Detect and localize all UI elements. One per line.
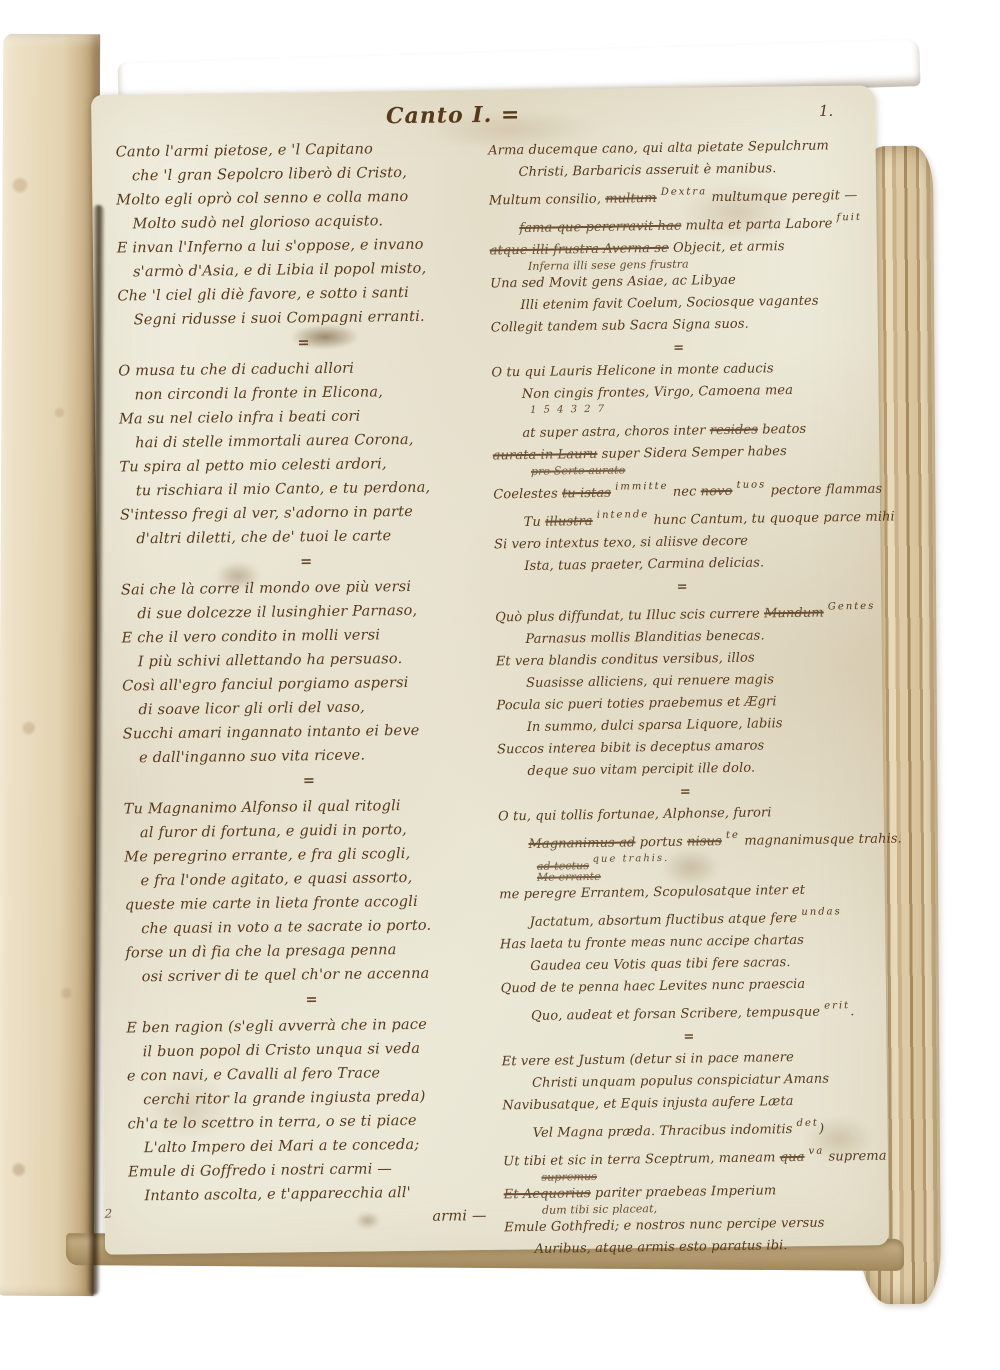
struck-text: nisus xyxy=(687,834,722,850)
text-run: suprema xyxy=(824,1149,887,1165)
text-run: pectore flammas xyxy=(766,482,882,499)
text-run: e dall'inganno suo vita riceve. xyxy=(139,748,365,767)
text-line: Ista, tuas praeter, Carmina delicias. xyxy=(524,551,870,578)
interlinear-insertion: Gentes xyxy=(828,601,876,613)
text-run: O musa tu che di caduchi allori xyxy=(118,361,354,380)
text-run: Tu Magnanimo Alfonso il qual ritogli xyxy=(124,798,401,817)
struck-text: aurata in Lauru xyxy=(493,447,598,464)
manuscript-page: Canto I. = 1. Canto l'armi pietose, e 'l… xyxy=(91,85,889,1254)
text-run: Intanto ascolta, e t'apparecchia all' xyxy=(144,1185,411,1204)
interlinear-insertion: Dextra xyxy=(661,186,708,198)
text-run: Has laeta tu fronte meas nunc accipe cha… xyxy=(500,933,804,953)
struck-text: Et Aequorius xyxy=(504,1186,591,1202)
text-run: che quasi in voto a te sacrate io porto. xyxy=(141,918,431,938)
text-run: Auribus, atque armis esto paratus ibi. xyxy=(534,1238,787,1257)
text-run: me peregre Errantem, Scopulosatque inter… xyxy=(499,883,805,903)
stanza-divider: = xyxy=(126,989,498,1011)
text-line: deque suo vitam percipit ille dolo. xyxy=(527,756,873,783)
text-run: Emule Gothfredi; e nostros nunc percipe … xyxy=(504,1216,825,1236)
text-run: forse un dì fia che la presaga penna xyxy=(125,942,396,961)
text-run: Navibusatque, et Equis injusta aufere Læ… xyxy=(502,1094,793,1113)
struck-text: pro Serto aurato xyxy=(531,463,626,477)
text-line: e dall'inganno suo vita riceve. xyxy=(139,742,495,770)
text-run: Molto egli oprò col senno e colla mano xyxy=(116,189,408,209)
text-run: Parnasus mollis Blanditias benecas. xyxy=(525,628,764,647)
text-run: cerchi ritor la grande ingiusta preda) xyxy=(143,1089,425,1108)
stanza: O musa tu che di caduchi allorinon circo… xyxy=(118,355,492,552)
text-run: nec xyxy=(668,484,700,499)
interlinear-insertion: intende xyxy=(597,509,650,521)
text-run: Ma su nel cielo infra i beati cori xyxy=(119,409,361,428)
text-run: hai di stelle immortali aurea Corona, xyxy=(135,432,414,451)
text-run: E ben ragion (s'egli avverrà che in pace xyxy=(126,1017,427,1037)
text-line: Quò plus diffundat, tu Illuc scis currer… xyxy=(495,596,871,630)
text-line: armi — xyxy=(129,1204,487,1232)
stanza-divider: = xyxy=(123,770,495,792)
text-run: Objecit, et armis xyxy=(669,239,785,256)
struck-text: resides xyxy=(710,423,758,439)
text-run: di soave licor gli orli del vaso, xyxy=(138,700,365,719)
stanza-divider: = xyxy=(501,1027,877,1048)
text-run: Arma ducemque cano, qui alta pietate Sep… xyxy=(488,138,829,158)
text-run: Così all'egro fanciul porgiamo aspersi xyxy=(122,675,409,694)
text-run: Coelestes xyxy=(493,486,562,502)
text-run: ) xyxy=(819,1122,824,1137)
text-run: Vel Magna præda. Thracibus indomitis xyxy=(533,1122,797,1141)
text-run: che 'l gran Sepolcro liberò di Cristo, xyxy=(132,165,407,184)
text-run: di sue dolcezze il lusinghier Parnaso, xyxy=(137,603,417,622)
left-flyleaf xyxy=(0,34,100,1296)
text-run: . xyxy=(850,1004,854,1019)
text-line: Collegit tandem sub Sacra Signa suos. xyxy=(491,312,867,340)
text-run: Suasisse alliciens, qui renuere magis xyxy=(526,672,774,691)
text-run: dum tibi sic placeat, xyxy=(542,1202,657,1217)
text-run: S'intesso fregi al ver, s'adorno in part… xyxy=(120,504,413,524)
text-run: Tu xyxy=(524,515,546,530)
text-run: Pocula sic pueri toties praebemus et Ægr… xyxy=(496,694,776,713)
text-run: al furor di fortuna, e guidi in porto, xyxy=(140,822,407,841)
latin-column: Arma ducemque cano, qui alta pietate Sep… xyxy=(488,135,881,1265)
text-run: I più schivi allettando ha persuaso. xyxy=(138,651,403,670)
text-run: Christi unquam populus conspiciatur Aman… xyxy=(532,1072,829,1091)
interlinear-insertion: que trahis. xyxy=(593,853,670,865)
stanza: Canto l'armi pietose, e 'l Capitanoche '… xyxy=(116,136,490,333)
text-line: Auribus, atque armis esto paratus ibi. xyxy=(534,1234,880,1261)
text-run: Ut tibi et sic in terra Sceptrum, maneam xyxy=(503,1150,780,1169)
struck-text: Mundum xyxy=(764,606,824,622)
book-photograph: Canto I. = 1. Canto l'armi pietose, e 'l… xyxy=(0,0,1000,1370)
text-run: Tu spira al petto mio celesti ardori, xyxy=(119,456,386,475)
text-run: ch'a te lo scettro in terra, o se ti pia… xyxy=(127,1113,416,1133)
interlinear-insertion: tuos xyxy=(737,479,767,490)
text-run: Sai che là corre il mondo ove più versi xyxy=(121,579,411,599)
interlinear-insertion: te xyxy=(726,830,740,841)
text-line: osi scriver di te quel ch'or ne accenna xyxy=(142,961,498,989)
stanza: Tu Magnanimo Alfonso il qual ritoglial f… xyxy=(124,793,498,990)
text-run: e con navi, e Cavalli al fero Trace xyxy=(127,1065,381,1084)
text-run: O tu qui Lauris Helicone in monte caduci… xyxy=(491,361,773,380)
struck-text: qua xyxy=(780,1150,805,1165)
text-run: Multum consilio, xyxy=(489,192,606,209)
stanza: O tu qui Lauris Helicone in monte caduci… xyxy=(491,357,870,579)
text-run: Me peregrino errante, e fra gli scogli, xyxy=(124,846,410,865)
text-run: beatos xyxy=(758,422,807,438)
struck-text: supremus xyxy=(541,1170,597,1184)
text-line: Tu illustra intende hunc Cantum, tu quoq… xyxy=(523,501,869,534)
text-run: Gaudea ceu Votis quas tibi fere sacras. xyxy=(530,955,790,974)
text-run: Molto sudò nel glorioso acquisto. xyxy=(132,213,383,232)
text-run: Quò plus diffundat, tu Illuc scis currer… xyxy=(495,606,764,625)
text-run: queste mie carte in lieta fronte accogli xyxy=(125,894,418,914)
interlinear-insertion: 1 5 4 3 2 7 xyxy=(530,404,606,416)
text-run: Succos interea bibit is deceptus amaros xyxy=(497,738,764,757)
text-run: Una sed Movit gens Asiae, ac Libyae xyxy=(490,273,736,292)
text-run: Quod de te penna haec Levites nunc praes… xyxy=(501,977,806,997)
stanza: O tu, qui tollis fortunae, Alphonse, fur… xyxy=(498,801,877,1029)
text-run: deque suo vitam percipit ille dolo. xyxy=(527,761,755,779)
text-run: In summo, dulci sparsa Liquore, labiis xyxy=(527,716,783,735)
text-run: E che il vero condito in molli versi xyxy=(121,627,380,646)
interlinear-insertion: va xyxy=(809,1146,825,1157)
page-number: 1. xyxy=(819,102,834,120)
interlinear-insertion: erit xyxy=(824,1000,850,1011)
text-run: Segni ridusse i suoi Compagni erranti. xyxy=(134,309,425,329)
text-run: Ista, tuas praeter, Carmina delicias. xyxy=(524,555,764,574)
struck-text: Magnanimus ad xyxy=(528,835,635,852)
text-line: Jactatum, absortum fluctibus atque fere … xyxy=(529,901,875,934)
text-run: Si vero intextus texo, si aliisve decore xyxy=(494,534,748,553)
text-run: d'altri diletti, che de' tuoi le carte xyxy=(136,528,391,547)
text-run: pariter praebeas Imperium xyxy=(591,1183,777,1201)
signature-mark: 2 xyxy=(105,1207,113,1221)
text-run: multumque peregit — xyxy=(707,188,857,205)
text-run: Et vere est Justum (detur si in pace man… xyxy=(502,1050,794,1069)
stanza: Quò plus diffundat, tu Illuc scis currer… xyxy=(495,596,874,784)
text-run: Succhi amari ingannato intanto ei beve xyxy=(123,723,420,743)
text-line: Segni ridusse i suoi Compagni erranti. xyxy=(134,304,490,332)
text-run: tu rischiara il mio Canto, e tu perdona, xyxy=(136,480,431,500)
text-run: osi scriver di te quel ch'or ne accenna xyxy=(142,966,430,986)
struck-text: tu istas xyxy=(562,486,611,502)
stanza: Et vere est Justum (detur si in pace man… xyxy=(502,1046,881,1262)
stanza-divider: = xyxy=(495,577,871,598)
interlinear-insertion: fuit xyxy=(837,212,863,223)
canto-title: Canto I. = xyxy=(91,98,815,133)
struck-text: novo xyxy=(701,484,733,499)
interlinear-insertion: det xyxy=(797,1118,820,1129)
struck-text: multum xyxy=(605,191,657,207)
text-run: e fra l'onde agitato, e quasi assorto, xyxy=(140,870,412,889)
italian-column: Canto l'armi pietose, e 'l Capitanoche '… xyxy=(116,136,501,1236)
text-run: Emule di Goffredo i nostri carmi — xyxy=(128,1161,392,1180)
text-run: portus xyxy=(635,835,687,851)
text-run: E invan l'Inferno a lui s'oppose, e inva… xyxy=(117,237,424,257)
struck-text: illustra xyxy=(545,514,593,530)
text-run: Et vera blandis conditus versibus, illos xyxy=(496,651,755,670)
stanza-divider: = xyxy=(498,782,874,803)
text-run: hunc Cantum, tu quoque parce mihi xyxy=(649,509,895,528)
text-run: Collegit tandem sub Sacra Signa suos. xyxy=(491,317,749,336)
stanza: Arma ducemque cano, qui alta pietate Sep… xyxy=(488,135,867,340)
text-run: Canto l'armi pietose, e 'l Capitano xyxy=(116,141,374,160)
text-run: Jactatum, absortum fluctibus atque fere xyxy=(530,911,802,930)
struck-text: atque illi frustra Averna se xyxy=(490,241,669,259)
text-run: Inferna illi sese gens frustra xyxy=(528,258,689,273)
text-run: non circondi la fronte in Elicona, xyxy=(135,384,384,403)
text-line: d'altri diletti, che de' tuoi le carte xyxy=(136,523,492,551)
text-line: Quo, audeat et forsan Scribere, tempusqu… xyxy=(531,995,877,1028)
stanza-divider: = xyxy=(121,551,493,573)
text-run: s'armò d'Asia, e di Libia il popol misto… xyxy=(133,261,426,281)
stanza: E ben ragion (s'egli avverrà che in pace… xyxy=(126,1012,501,1233)
text-run: super Sidera Semper habes xyxy=(597,444,787,462)
interlinear-insertion: undas xyxy=(801,906,842,918)
stanza-divider: = xyxy=(118,332,490,354)
text-run: magnanimusque trahis. xyxy=(740,831,902,848)
text-run: at super astra, choros inter xyxy=(522,423,710,441)
text-line: fama que pererravit hac multa et parta L… xyxy=(519,207,865,240)
text-run: Illi etenim favit Coelum, Sociosque vaga… xyxy=(520,294,818,313)
text-run: Che 'l ciel gli diè favore, e sotto i sa… xyxy=(117,285,409,305)
text-run: O tu, qui tollis fortunae, Alphonse, fur… xyxy=(498,805,772,824)
text-run: armi — xyxy=(432,1208,486,1225)
text-run: il buon popol di Cristo unqua si veda xyxy=(143,1041,421,1060)
text-run: L'alto Impero dei Mari a te conceda; xyxy=(144,1137,420,1156)
struck-text: fama que pererravit hac xyxy=(519,219,681,236)
text-run: multa et parta Labore xyxy=(681,216,837,233)
stanza: Sai che là corre il mondo ove più versid… xyxy=(121,574,495,771)
text-run: Christi, Barbaricis asseruit è manibus. xyxy=(518,161,776,180)
struck-text: Me errante xyxy=(537,870,601,884)
stanza-divider: = xyxy=(491,338,867,359)
text-run: Quo, audeat et forsan Scribere, tempusqu… xyxy=(531,1005,824,1024)
text-run: Non cingis frontes, Virgo, Camoena mea xyxy=(522,383,793,402)
interlinear-insertion: immitte xyxy=(615,481,668,493)
